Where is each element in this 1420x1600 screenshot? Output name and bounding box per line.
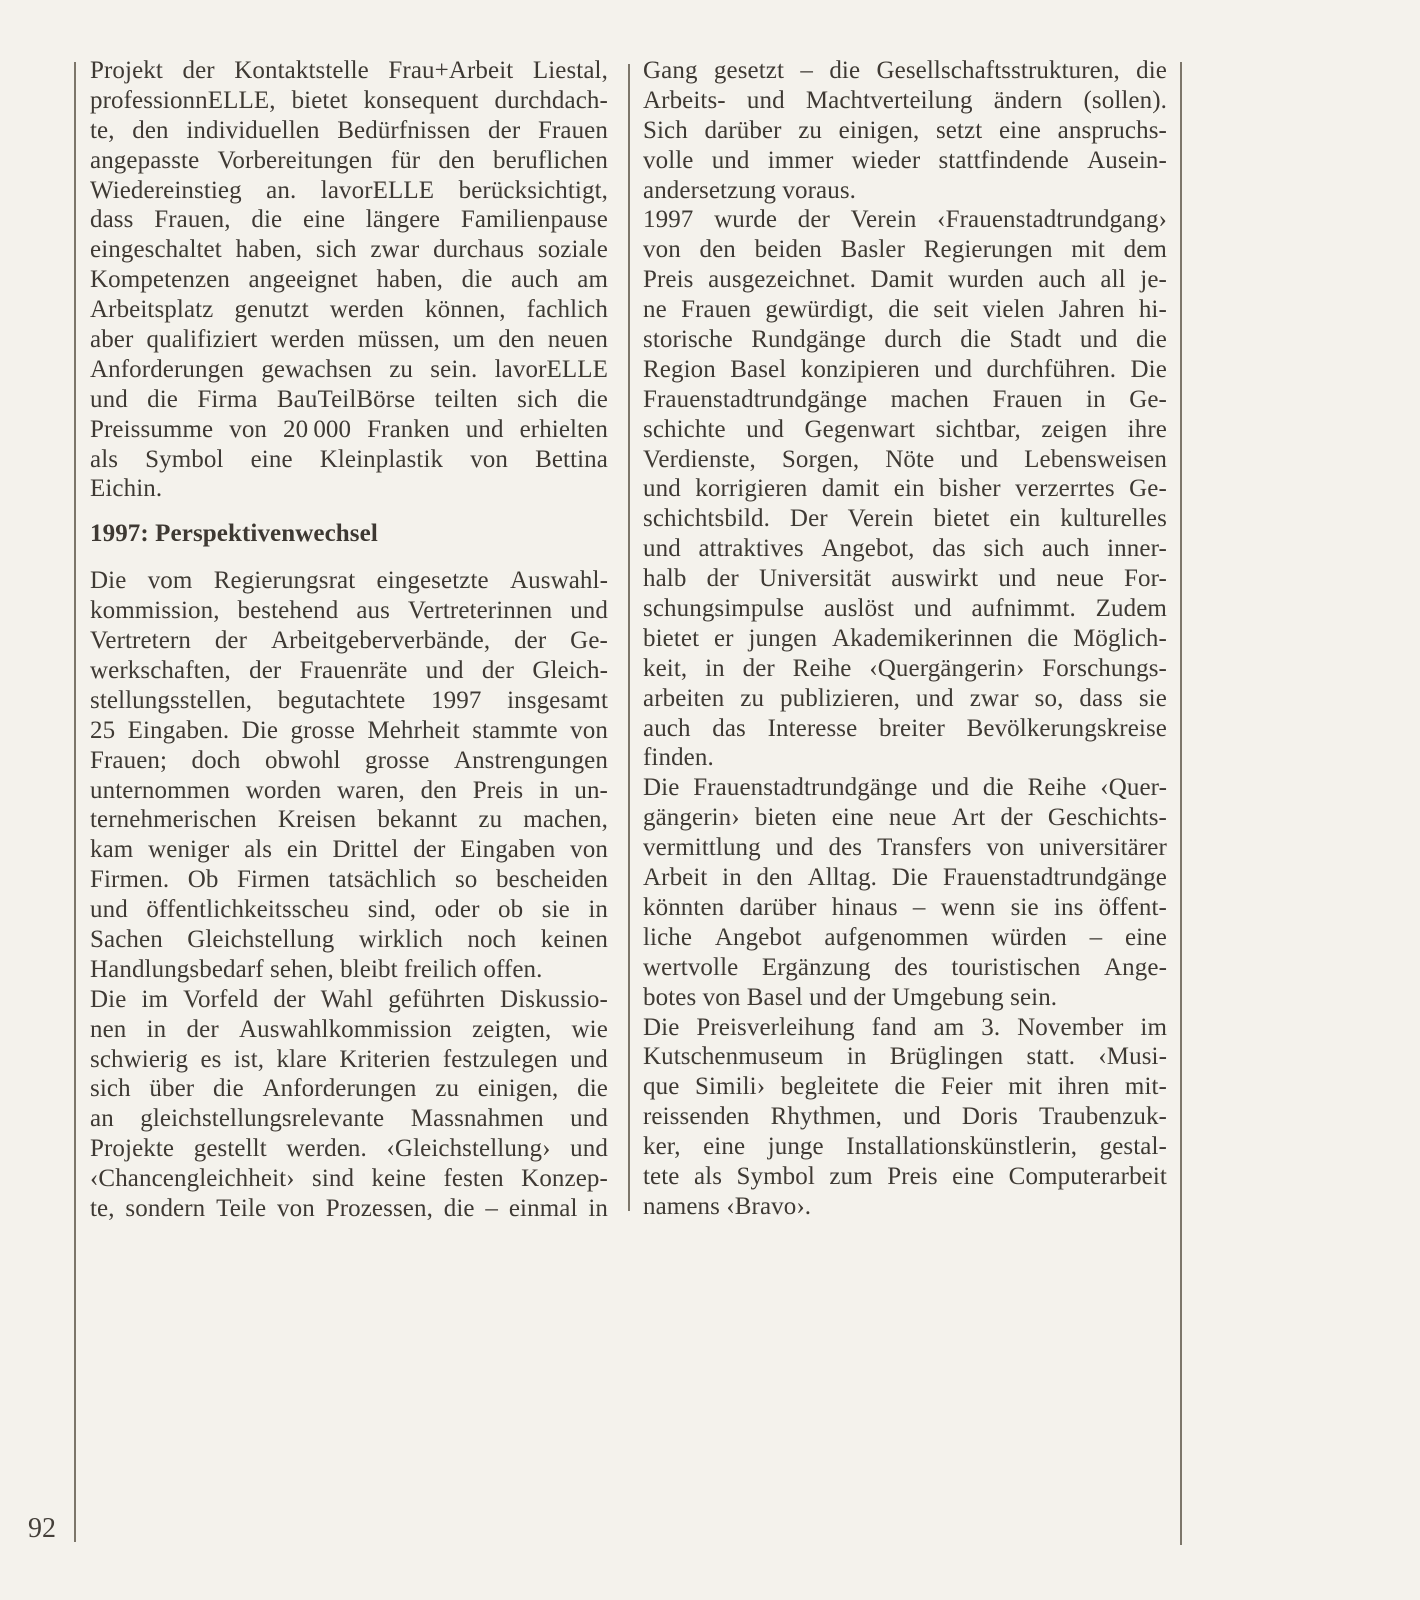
text-line: Preisausgezeichnet.Damitwurdenauchallje- xyxy=(643,265,1167,295)
text-line: dassFrauen,dieeinelängereFamilienpause xyxy=(90,205,608,235)
text-line: undattraktivesAngebot,dassichauchinner- xyxy=(643,534,1167,564)
text-line: namens ‹Bravo›. xyxy=(643,1192,1167,1222)
text-line: neninderAuswahlkommissionzeigten,wie xyxy=(90,1015,608,1045)
text-line: undöffentlichkeitsscheusind,oderobsiein xyxy=(90,895,608,925)
text-line: RegionBaselkonzipierenunddurchführen.Die xyxy=(643,355,1167,385)
text-column-left: ProjektderKontaktstelleFrau+ArbeitLiesta… xyxy=(90,56,608,1224)
text-line: Kompetenzenangeeignethaben,dieaucham xyxy=(90,265,608,295)
text-column-right: Ganggesetzt–dieGesellschaftsstrukturen,d… xyxy=(643,56,1167,1222)
text-line: aberqualifiziertwerdenmüssen,umdenneuen xyxy=(90,325,608,355)
text-line: stellungsstellen,begutachtete1997insgesa… xyxy=(90,686,608,716)
text-line: arbeitenzupublizieren,undzwarso,dasssie xyxy=(643,684,1167,714)
text-line: schwierigesist,klareKriterienfestzulegen… xyxy=(90,1045,608,1075)
text-line: könntendarüberhinaus–wennsieinsöffent- xyxy=(643,893,1167,923)
text-line: Verdienste,Sorgen,NöteundLebensweisen xyxy=(643,445,1167,475)
text-line: tetealsSymbolzumPreiseineComputerarbeit xyxy=(643,1162,1167,1192)
section-heading: 1997: Perspektivenwechsel xyxy=(90,519,608,549)
text-line: Eichin. xyxy=(90,474,608,504)
text-line: Preissummevon20 000Frankenunderhielten xyxy=(90,415,608,445)
left-margin-rule xyxy=(74,62,76,1542)
text-line: keit,inderReihe‹Quergängerin›Forschungs- xyxy=(643,654,1167,684)
text-line: unddieFirmaBauTeilBörseteiltensichdie xyxy=(90,385,608,415)
text-line: gängerin›bieteneineneueArtderGeschichts- xyxy=(643,803,1167,833)
text-line: ProjektderKontaktstelleFrau+ArbeitLiesta… xyxy=(90,56,608,86)
text-line: storischeRundgängedurchdieStadtunddie xyxy=(643,325,1167,355)
right-margin-rule xyxy=(1180,62,1182,1545)
text-line: botes von Basel und der Umgebung sein. xyxy=(643,983,1167,1013)
text-line: auchdasInteressebreiterBevölkerungskreis… xyxy=(643,714,1167,744)
text-line: vondenbeidenBaslerRegierungenmitdem xyxy=(643,235,1167,265)
text-line: Frauen;dochobwohlgrosseAnstrengungen xyxy=(90,746,608,776)
text-line: Arbeitsplatzgenutztwerdenkönnen,fachlich xyxy=(90,295,608,325)
text-line: volleundimmerwiederstattfindendeAusein- xyxy=(643,146,1167,176)
text-line: Firmen.ObFirmentatsächlichsobescheiden xyxy=(90,865,608,895)
book-page: ProjektderKontaktstelleFrau+ArbeitLiesta… xyxy=(0,0,1420,1600)
text-line: kommission,bestehendausVertreterinnenund xyxy=(90,596,608,626)
text-line: licheAngebotaufgenommenwürden–eine xyxy=(643,923,1167,953)
page-number: 92 xyxy=(28,1514,56,1544)
text-line: Sichdarüberzueinigen,setzteineanspruchs- xyxy=(643,116,1167,146)
text-line: DiePreisverleihungfandam3.Novemberim xyxy=(643,1013,1167,1043)
text-line: alsSymboleineKleinplastikvonBettina xyxy=(90,445,608,475)
text-line: finden. xyxy=(643,743,1167,773)
text-line: ker,einejungeInstallationskünstlerin,ges… xyxy=(643,1132,1167,1162)
text-line: reissendenRhythmen,undDorisTraubenzuk- xyxy=(643,1102,1167,1132)
text-line: schichteundGegenwartsichtbar,zeigenihre xyxy=(643,415,1167,445)
text-line: ArbeitindenAlltag.DieFrauenstadtrundgäng… xyxy=(643,863,1167,893)
text-line: ternehmerischenKreisenbekanntzumachen, xyxy=(90,805,608,835)
text-line: vermittlungunddesTransfersvonuniversitär… xyxy=(643,833,1167,863)
text-line: eingeschaltethaben,sichzwardurchaussozia… xyxy=(90,235,608,265)
text-line: KutschenmuseuminBrüglingenstatt.‹Musi- xyxy=(643,1042,1167,1072)
text-line: DieFrauenstadtrundgängeunddieReihe‹Quer- xyxy=(643,773,1167,803)
text-line: queSimili›begleitetedieFeiermitihrenmit- xyxy=(643,1072,1167,1102)
text-line: schichtsbild.DerVereinbieteteinkulturell… xyxy=(643,504,1167,534)
text-line: Handlungsbedarf sehen, bleibt freilich o… xyxy=(90,955,608,985)
text-line: FrauenstadtrundgängemachenFraueninGe- xyxy=(643,385,1167,415)
text-line: andersetzung voraus. xyxy=(643,176,1167,206)
text-line: unternommenwordenwaren,denPreisinun- xyxy=(90,776,608,806)
text-line: SachenGleichstellungwirklichnochkeinen xyxy=(90,925,608,955)
text-line: kamwenigeralseinDrittelderEingabenvon xyxy=(90,835,608,865)
text-line: Projektegestelltwerden.‹Gleichstellung›u… xyxy=(90,1134,608,1164)
text-line: DievomRegierungsrateingesetzteAuswahl- xyxy=(90,566,608,596)
text-line: te,sondernTeilevonProzessen,die–einmalin xyxy=(90,1194,608,1224)
column-divider-rule xyxy=(628,64,630,1211)
text-line: halbderUniversitätauswirktundneueFor- xyxy=(643,564,1167,594)
text-line: DieimVorfeldderWahlgeführtenDiskussio- xyxy=(90,985,608,1015)
text-line: wertvolleErgänzungdestouristischenAnge- xyxy=(643,953,1167,983)
text-line: 25Eingaben.DiegrosseMehrheitstammtevon xyxy=(90,716,608,746)
text-line: undkorrigierendamiteinbisherverzerrtesGe… xyxy=(643,474,1167,504)
text-line: angepassteVorbereitungenfürdenberufliche… xyxy=(90,146,608,176)
text-line: te,denindividuellenBedürfnissenderFrauen xyxy=(90,116,608,146)
text-line: professionnELLE,bietetkonsequentdurchdac… xyxy=(90,86,608,116)
text-line: VertreternderArbeitgeberverbände,derGe- xyxy=(90,626,608,656)
text-line: ‹Chancengleichheit›sindkeinefestenKonzep… xyxy=(90,1164,608,1194)
text-line: Anforderungengewachsenzusein.lavorELLE xyxy=(90,355,608,385)
text-line: angleichstellungsrelevanteMassnahmenund xyxy=(90,1104,608,1134)
text-line: Arbeits-undMachtverteilungändern(sollen)… xyxy=(643,86,1167,116)
text-line: Wiedereinstiegan.lavorELLEberücksichtigt… xyxy=(90,176,608,206)
text-line: sichüberdieAnforderungenzueinigen,die xyxy=(90,1074,608,1104)
text-line: 1997wurdederVerein‹Frauenstadtrundgang› xyxy=(643,205,1167,235)
text-line: werkschaften,derFrauenräteundderGleich- xyxy=(90,656,608,686)
text-line: bieteterjungenAkademikerinnendieMöglich- xyxy=(643,624,1167,654)
text-line: schungsimpulseauslöstundaufnimmt.Zudem xyxy=(643,594,1167,624)
text-line: Ganggesetzt–dieGesellschaftsstrukturen,d… xyxy=(643,56,1167,86)
text-line: neFrauengewürdigt,dieseitvielenJahrenhi- xyxy=(643,295,1167,325)
